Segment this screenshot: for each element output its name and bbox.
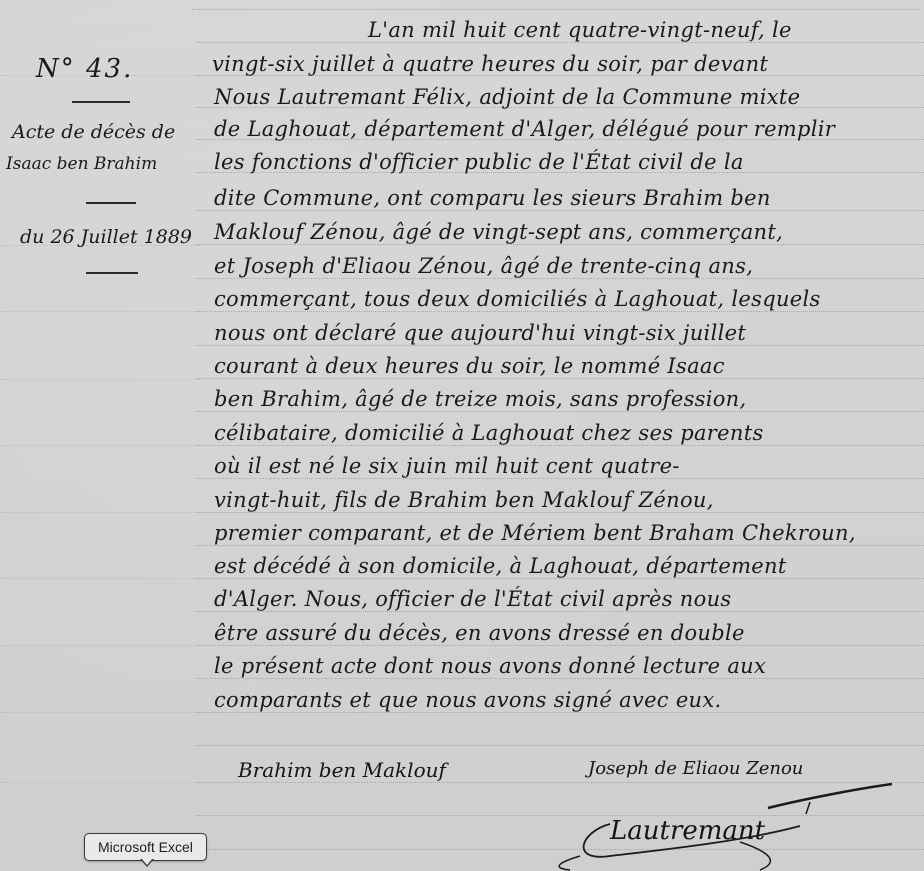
ruled-line	[196, 411, 924, 412]
act-number: N° 43.	[36, 56, 133, 82]
margin-divider	[86, 202, 136, 204]
ruled-line	[196, 210, 924, 211]
ruled-line	[196, 311, 924, 312]
officer-signature-flourish	[540, 812, 840, 871]
body-line: vingt-six juillet à quatre heures du soi…	[212, 54, 768, 75]
margin-ruled-line	[0, 712, 200, 713]
ruled-line	[196, 42, 924, 43]
margin-title-deceased-name: Isaac ben Brahim	[6, 156, 157, 173]
body-line: Maklouf Zénou, âgé de vingt-sept ans, co…	[214, 222, 783, 243]
body-line: courant à deux heures du soir, le nommé …	[214, 356, 725, 377]
margin-divider	[72, 101, 130, 103]
body-line: être assuré du décès, en avons dressé en…	[214, 623, 745, 644]
ruled-line	[196, 478, 924, 479]
body-line: dite Commune, ont comparu les sieurs Bra…	[214, 188, 771, 209]
body-line: commerçant, tous deux domiciliés à Lagho…	[214, 289, 821, 310]
margin-ruled-line	[0, 645, 200, 646]
ruled-line	[196, 378, 924, 379]
ruled-line	[196, 244, 924, 245]
ruled-line	[196, 578, 924, 579]
body-line: les fonctions d'officier public de l'Éta…	[214, 152, 744, 173]
ruled-line	[192, 9, 920, 10]
ruled-line	[196, 345, 924, 346]
margin-ruled-line	[0, 512, 200, 513]
signature-joseph-zenou: Joseph de Eliaou Zenou	[588, 760, 803, 778]
signature-brahim-ben-maklouf: Brahim ben Maklouf	[238, 760, 446, 780]
ruled-line	[196, 512, 924, 513]
margin-title-line-1: Acte de décès de	[12, 123, 175, 142]
body-line: Nous Lautremant Félix, adjoint de la Com…	[214, 87, 800, 108]
body-line: ben Brahim, âgé de treize mois, sans pro…	[214, 389, 746, 410]
body-line: de Laghouat, département d'Alger, délégu…	[214, 119, 835, 140]
body-line: vingt-huit, fils de Brahim ben Maklouf Z…	[214, 490, 714, 511]
ruled-line	[196, 611, 924, 612]
app-tooltip: Microsoft Excel	[84, 833, 207, 861]
margin-date-line: du 26 Juillet 1889	[20, 228, 192, 247]
body-line: premier comparant, et de Mériem bent Bra…	[214, 523, 856, 544]
document-scan: N° 43. Acte de décès de Isaac ben Brahim…	[0, 0, 924, 871]
body-line: est décédé à son domicile, à Laghouat, d…	[214, 556, 787, 577]
margin-ruled-line	[0, 782, 200, 783]
body-line: nous ont déclaré que aujourd'hui vingt-s…	[214, 323, 746, 344]
ruled-line	[196, 278, 924, 279]
ruled-line	[196, 678, 924, 679]
ruled-line	[196, 745, 924, 746]
ruled-line	[196, 545, 924, 546]
margin-divider	[86, 272, 138, 274]
body-line: comparants et que nous avons signé avec …	[214, 690, 722, 711]
ruled-line	[196, 445, 924, 446]
ruled-line	[196, 645, 924, 646]
body-line: d'Alger. Nous, officier de l'État civil …	[214, 589, 731, 610]
body-line: où il est né le six juin mil huit cent q…	[214, 456, 680, 477]
body-line: le présent acte dont nous avons donné le…	[214, 656, 766, 677]
body-line: et Joseph d'Eliaou Zénou, âgé de trente-…	[214, 256, 753, 277]
margin-ruled-line	[0, 311, 200, 312]
margin-ruled-line	[0, 445, 200, 446]
tooltip-pointer-fill	[141, 858, 153, 865]
body-line: L'an mil huit cent quatre-vingt-neuf, le	[368, 20, 792, 41]
body-line: célibataire, domicilié à Laghouat chez s…	[214, 423, 764, 444]
ruled-line	[196, 712, 924, 713]
margin-ruled-line	[0, 578, 200, 579]
margin-ruled-line	[0, 379, 200, 380]
